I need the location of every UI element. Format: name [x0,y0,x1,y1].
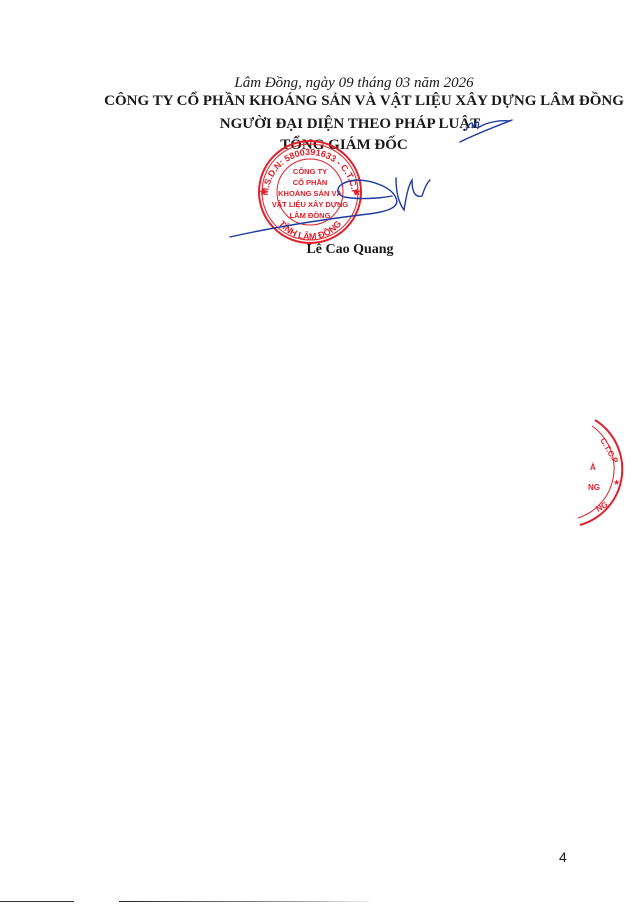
footer-rule-right [119,901,369,902]
footer-rule-left [0,901,74,902]
svg-text:NG: NG [588,483,600,492]
svg-text:CÔNG TY: CÔNG TY [293,167,327,176]
svg-text:C.T.C.P: C.T.C.P [598,437,620,466]
svg-text:LÂM ĐỒNG: LÂM ĐỒNG [290,210,331,220]
company-seal: M.S.D.N: 5800391633 - C.T.C.P TỈNH LÂM Đ… [0,0,640,906]
svg-text:VẬT LIỆU XÂY DỰNG: VẬT LIỆU XÂY DỰNG [272,200,349,209]
star-icon: ★ [353,187,362,197]
representative-heading: NGƯỜI ĐẠI DIỆN THEO PHÁP LUẬT [30,116,640,133]
star-icon: ★ [613,478,620,487]
signer-name: Lê Cao Quang [30,242,640,258]
seal-inner-text: CÔNG TYCỔ PHẦNKHOÁNG SẢN VÀVẬT LIỆU XÂY … [272,167,349,220]
svg-text:NG: NG [595,500,610,514]
position-title: TỔNG GIÁM ĐỐC [24,137,640,154]
svg-text:KHOÁNG SẢN VÀ: KHOÁNG SẢN VÀ [278,189,342,198]
seal-outer-bottom: TỈNH LÂM ĐỒNG [277,219,343,242]
seal-outer-top: M.S.D.N: 5800391633 - C.T.C.P [260,147,360,196]
company-name: CÔNG TY CỔ PHẦN KHOÁNG SẢN VÀ VẬT LIỆU X… [44,93,640,110]
svg-text:CỔ PHẦN: CỔ PHẦN [293,177,328,187]
edge-seal: C.T.C.PÀNGNG ★ [0,0,640,906]
star-icon: ★ [259,187,268,197]
page-number: 4 [559,849,567,865]
place-date: Lâm Đồng, ngày 09 tháng 03 năm 2026 [34,75,640,92]
svg-text:À: À [590,463,596,472]
